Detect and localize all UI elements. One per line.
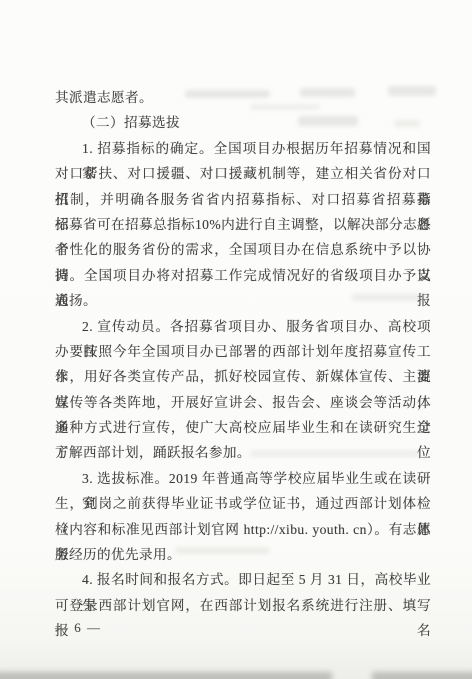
text-line: （二）招募选拔 (55, 110, 431, 135)
text-line: 务经历的优先录用。 (55, 542, 431, 567)
document-body: 其派遣志愿者。 （二）招募选拔 1. 招募指标的确定。全国项目办根据历年招募情况… (55, 85, 431, 618)
text-line: 检内容和标准见西部计划官网 http://xibu. youth. cn）。有志… (55, 517, 431, 542)
text-line: 可登录西部计划官网，在西部计划报名系统进行注册、填写报名 (55, 593, 431, 618)
scanned-document-page: 其派遣志愿者。 （二）招募选拔 1. 招募指标的确定。全国项目办根据历年招募情况… (0, 0, 472, 679)
text-line: 4. 报名时间和报名方式。即日起至 5 月 31 日，高校毕业生 (55, 567, 431, 592)
text-line: 2. 宣传动员。各招募省项目办、服务省项目办、高校项目 (55, 314, 431, 339)
text-line: 其派遣志愿者。 (55, 85, 431, 110)
text-line: 招募省可在招募总指标10%内进行自主调整，以解决部分志愿者 (55, 212, 431, 237)
text-line: 3. 选拔标准。2019 年普通高等学校应届毕业生或在读研究 (55, 466, 431, 491)
text-line: 多种方式进行宣传，使广大高校应届毕业生和在读研究生全方位 (55, 415, 431, 440)
text-line: 持。全国项目办将对招募工作完成情况好的省级项目办予以通报 (55, 263, 431, 288)
text-line: 机制，并明确各服务省省内招募指标、对口招募省招募指标。各 (55, 187, 431, 212)
text-line: 宣传等各类阵地，开展好宣讲会、报告会、座谈会等活动，通过 (55, 390, 431, 415)
text-line: 个性化的服务省份的需求，全国项目办在信息系统中予以协调支 (55, 237, 431, 262)
scan-edge-shadow (372, 672, 472, 679)
text-line: 生，到岗之前获得毕业证书或学位证书，通过西部计划体检（体 (55, 491, 431, 516)
text-line: 求，用好各类宣传产品，抓好校园宣传、新媒体宣传、主流媒体 (55, 364, 431, 389)
text-line: 1. 招募指标的确定。全国项目办根据历年招募情况和国家 (55, 136, 431, 161)
text-line: 对口帮扶、对口援疆、对口援藏机制等，建立相关省份对口招募 (55, 161, 431, 186)
scan-edge-shadow (0, 672, 332, 679)
page-number: — 6 — (55, 620, 102, 636)
text-line: 办要按照今年全国项目办已部署的西部计划年度招募宣传工作要 (55, 339, 431, 364)
